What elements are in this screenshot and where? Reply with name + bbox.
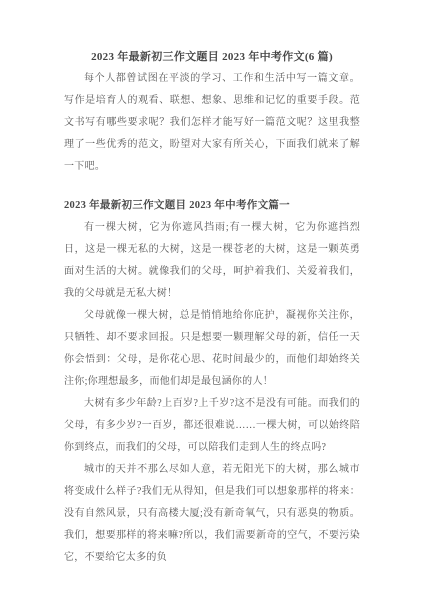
section-heading: 2023 年最新初三作文题目 2023 年中考作文篇一 (64, 195, 360, 217)
essay-paragraph: 大树有多少年龄?上百岁?上千岁?这不是没有可能。而我们的父母，有多少岁?一百岁，… (64, 393, 360, 459)
document-title: 2023 年最新初三作文题目 2023 年中考作文(6 篇) (64, 46, 360, 68)
document-page: 2023 年最新初三作文题目 2023 年中考作文(6 篇) 每个人都曾试图在平… (0, 0, 424, 600)
essay-paragraph: 城市的天并不那么尽如人意，若无阳光下的大树，那么城市将变成什么样子?我们无从得知… (64, 459, 360, 569)
essay-paragraph: 父母就像一棵大树，总是悄悄地给你庇护，凝视你关注你，只牺牲、却不要求回报。只是想… (64, 305, 360, 393)
intro-paragraph: 每个人都曾试图在平淡的学习、工作和生活中写一篇文章。写作是培育人的观看、联想、想… (64, 68, 360, 178)
essay-paragraph: 有一棵大树，它为你遮风挡雨;有一棵大树，它为你遮挡烈日，这是一棵无私的大树，这是… (64, 217, 360, 305)
